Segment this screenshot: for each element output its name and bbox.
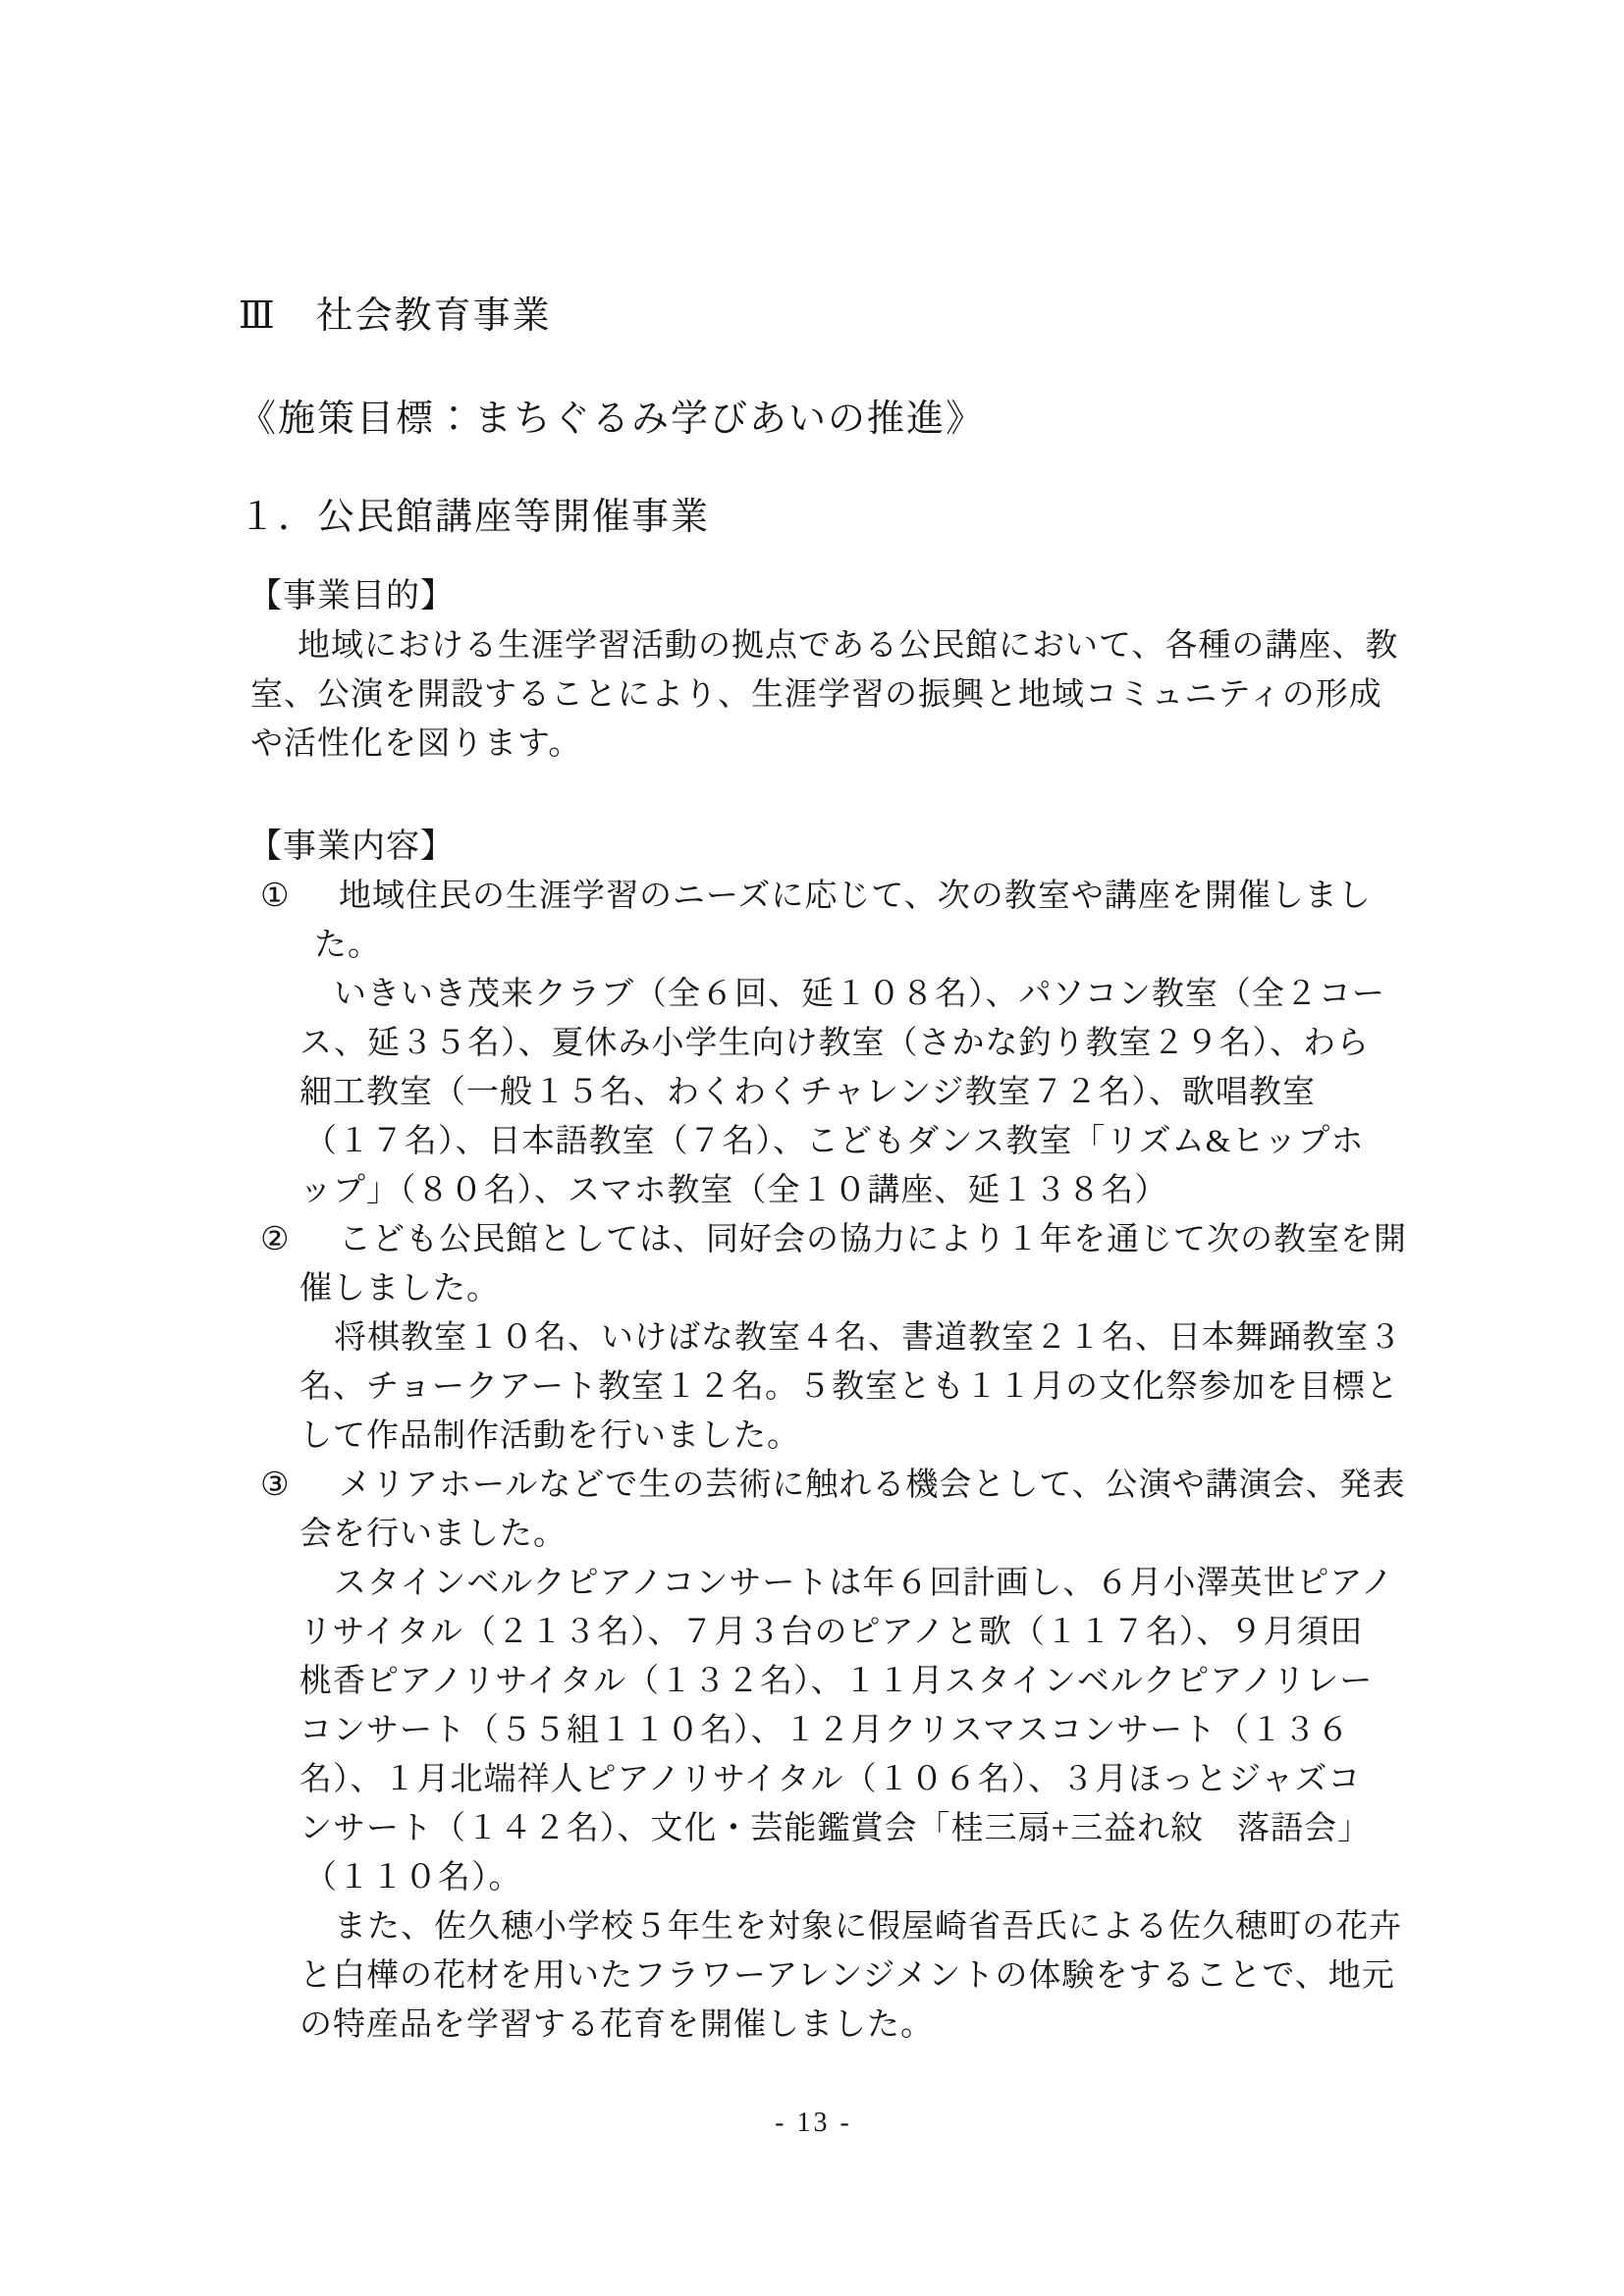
text-line: の特産品を学習する花育を開催しました。 [299,2001,1388,2050]
text-line: スタインベルクピアノコンサートは年６回計画し、６月小澤英世ピアノ [334,1559,1388,1608]
text-line: 会を行いました。 [299,1510,1388,1559]
chapter-title: Ⅲ 社会教育事業 [239,290,1388,344]
item-number-marker: ② [260,1215,291,1264]
item-text: こども公民館としては、同好会の協力により１年を通じて次の教室を開 [339,1222,1407,1257]
text-line: して作品制作活動を行いました。 [299,1412,1388,1461]
document-content: Ⅲ 社会教育事業 《施策目標：まちぐるみ学びあいの推進》 １．公民館講座等開催事… [0,0,1624,2148]
policy-goal-heading: 《施策目標：まちぐるみ学びあいの推進》 [239,393,1388,447]
item-text: メリアホールなどで生の芸術に触れる機会として、公演や講演会、発表 [339,1468,1406,1503]
text-line: 将棋教室１０名、いけばな教室４名、書道教室２１名、日本舞踊教室３ [334,1313,1388,1362]
item-text: 地域住民の生涯学習のニーズに応じて、次の教室や講座を開催しまし [339,879,1372,914]
text-line: ス、延３５名）、夏休み小学生向け教室（さかな釣り教室２９名）、わら [299,1019,1388,1068]
text-line: 細工教室（一般１５名、わくわくチャレンジ教室７２名）、歌唱教室 [299,1068,1388,1117]
text-line: や活性化を図ります。 [250,720,1388,769]
item-number-marker: ① [260,872,291,921]
text-line: 名、チョークアート教室１２名。５教室とも１１月の文化祭参加を目標と [299,1362,1388,1412]
text-line: 地域における生涯学習活動の拠点である公民館において、各種の講座、教 [298,621,1388,670]
text-line: いきいき茂来クラブ（全６回、延１０８名）、パソコン教室（全２コー [334,970,1388,1019]
text-line: 室、公演を開設することにより、生涯学習の振興と地域コミュニティの形成 [250,670,1388,720]
text-line: （１１０名）。 [304,1853,1388,1902]
page-number: - 13 - [239,2099,1388,2148]
document-page: Ⅲ 社会教育事業 《施策目標：まちぐるみ学びあいの推進》 １．公民館講座等開催事… [0,0,1624,2296]
text-line: ンサート（１４２名）、文化・芸能鑑賞会「桂三扇+三益れ紋 落語会」 [299,1804,1388,1853]
text-line: と白樺の花材を用いたフラワーアレンジメントの体験をすることで、地元 [299,1951,1388,2001]
text-line: ップ」（８０名）、スマホ教室（全１０講座、延１３８名） [299,1166,1388,1215]
text-line: 名）、１月北端祥人ピアノリサイタル（１０６名）、３月ほっとジャズコ [299,1755,1388,1804]
item-number-marker: ③ [260,1461,291,1510]
section-heading: １．公民館講座等開催事業 [239,491,1388,545]
text-line: また、佐久穂小学校５年生を対象に假屋崎省吾氏による佐久穂町の花卉 [334,1902,1388,1951]
details-header: 【事業内容】 [248,823,1388,872]
purpose-header: 【事業目的】 [248,572,1388,621]
text-line: 催しました。 [299,1264,1388,1313]
text-line: ①地域住民の生涯学習のニーズに応じて、次の教室や講座を開催しまし [239,872,1388,921]
text-line: リサイタル（２１３名）、７月３台のピアノと歌（１１７名）、９月須田 [299,1608,1388,1657]
text-line: ③メリアホールなどで生の芸術に触れる機会として、公演や講演会、発表 [239,1461,1388,1510]
text-line: （１７名）、日本語教室（７名）、こどもダンス教室「リズム&ヒップホ [304,1117,1388,1166]
text-line: 桃香ピアノリサイタル（１３２名）、１１月スタインベルクピアノリレー [299,1657,1388,1706]
purpose-paragraph: 地域における生涯学習活動の拠点である公民館において、各種の講座、教室、公演を開設… [239,621,1388,769]
text-line: た。 [314,921,1388,970]
text-line: コンサート（５５組１１０名）、１２月クリスマスコンサート（１３６ [299,1706,1388,1755]
details-paragraphs: ①地域住民の生涯学習のニーズに応じて、次の教室や講座を開催しました。いきいき茂来… [239,872,1388,2050]
text-line: ②こども公民館としては、同好会の協力により１年を通じて次の教室を開 [239,1215,1388,1264]
